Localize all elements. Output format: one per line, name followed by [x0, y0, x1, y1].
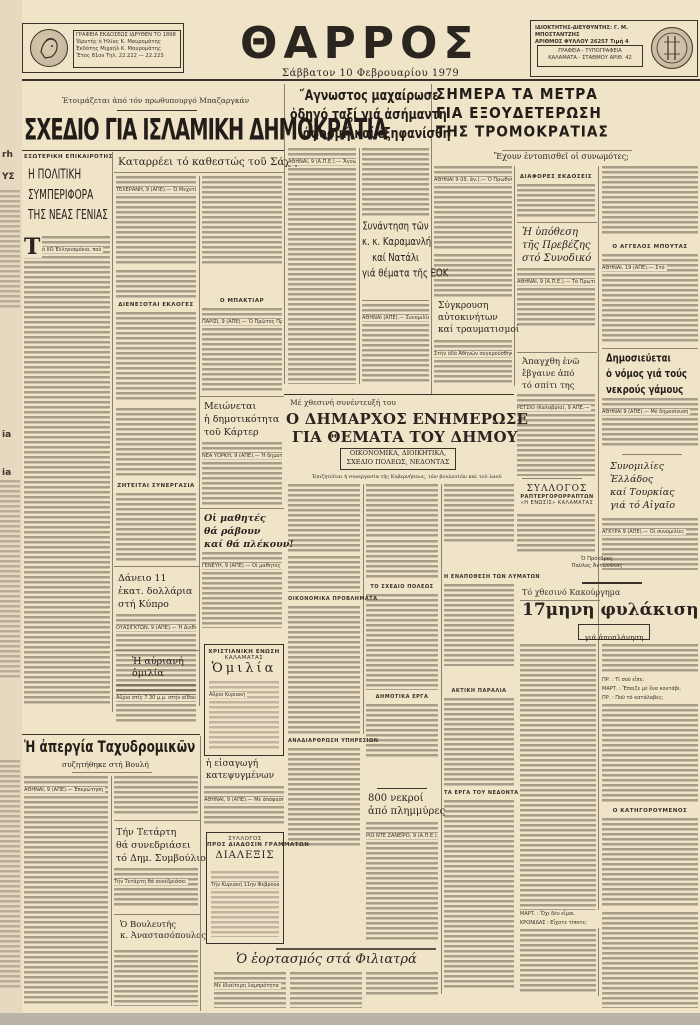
dateline: ΑΘΗΝΑΙ 9 (ΑΠΕ).— Μέ δημοσίευσή	[602, 409, 690, 415]
dateline: ΑΘΗΝΑΙ, 19 (ΑΠΕ).— Στό	[602, 265, 667, 271]
article-body: Τήν Τετάρτη θά συνεδριάσει	[114, 868, 198, 908]
ear-line: ΓΡΑΦΕΙΑ - ΤΥΠΟΓΡΑΦΕΙΑ	[538, 48, 642, 55]
dateline: ΝΕΑ ΥΟΡΚΗ, 9 (ΑΠΕ).— Ἡ δημοτικότης	[202, 453, 282, 459]
article-headline: Σύγκρουση αὐτοκινήτων καί τραυματισμοί	[438, 300, 519, 336]
article-body: ΠΑΡΙΣΙ, 9 (ΑΠΕ).— Ὁ Πρῶτος Πρωθυπουργός	[202, 308, 282, 392]
section-label: ΕΣΩΤΕΡΙΚΗ ΕΠΙΚΑΙΡΟΤΗΣ	[24, 154, 108, 160]
article-body: Τ ὸ ΙΙΟ Ἑλληνισμόνιο, ποὺ	[24, 236, 110, 706]
newspaper-page: ΓΡΑΦΕΙΑ ΕΚΔΟΣΕΩΣ ΙΔΡΥΘΕΝ ΤΟ 1898 Ἱδρυτής…	[22, 0, 700, 1013]
article-lead: ὸ ΙΙΟ Ἑλληνισμόνιο, ποὺ	[42, 247, 103, 253]
article-kicker: Μέ χθεσινή συνέντευξή του	[290, 398, 396, 407]
dateline: ΑΘΗΝΑΙ, 9 (Α.Π.Ε.).— Τό Πρωτοβάθμιο Συνο…	[517, 279, 595, 285]
article-body: ΤΕΧΕΡΑΝΗ, 9 (ΑΠΕ).— Ὁ Μεχντί Μπαζαργκάν,	[116, 176, 196, 266]
scan-bottom-edge	[0, 1013, 700, 1025]
inline-subhead: ΟΙΚΟΝΟΜΙΚΑ ΠΡΟΒΛΗΜΑΤΑ	[288, 596, 360, 602]
subtitle-box: γιά ἀποπλάνηση	[578, 624, 650, 640]
inline-subhead: ΔΗΜΟΤΙΚΑ ΕΡΓΑ	[366, 694, 438, 700]
article-lead: Στήν ὁδό Ἀθηνῶν συγκρούσθηκαν	[434, 351, 512, 357]
adjacent-fragment: YΣ	[2, 172, 15, 182]
article-headline: Δημοσιεύεται ὁ νόμος γιά τούς νεκρούς γά…	[606, 352, 687, 399]
ear-line: Ἱδρυτής ὁ Ἠλίας Κ. Μαυρομάτης	[76, 39, 178, 46]
article-lead: Μέ ἰδιαίτερη λαμπρότητα	[214, 983, 281, 989]
right-ear-box: ΙΔΙΟΚΤΗΤΗΣ-ΔΙΕΥΘΥΝΤΗΣ: Γ. Μ. ΜΠΟΣΤΑΝΤΖΗΣ…	[530, 20, 698, 77]
article-body: ΑΘΗΝΑΙ, 19 (ΑΠΕ).— Στό	[602, 254, 698, 344]
article-headline: Δάνειο 11 ἑκατ. δολλάρια στή Κύπρο	[118, 572, 192, 611]
article-subtitle: συζητήθηκε στή Βουλή	[62, 760, 149, 769]
article-headline: ἡ εἰσαγωγή κατεψυγμένων	[206, 758, 274, 782]
article-headline: Καταρρέει τό καθεστώς τοῦ Σάχη	[118, 156, 297, 168]
article-body: ΡΙΟ ΝΤΕ ΖΑΝΕΪΡΟ, 9 (Α.Π.Ε.).—	[366, 822, 438, 942]
issue-date: Σάββατον 10 Φεβρουαρίου 1979	[282, 68, 459, 79]
dateline: ΡΙΟ ΝΤΕ ΖΑΝΕΪΡΟ, 9 (Α.Π.Ε.).—	[366, 833, 438, 839]
inline-subhead: ΔΙΕΝΕΞΟΤΑΙ ΕΚΛΟΓΕΣ	[116, 302, 196, 308]
article-headline: Μειώνεται ἡ δημοτικότητα τοῦ Κάρτερ	[204, 400, 279, 439]
dateline: ΤΕΧΕΡΑΝΗ, 9 (ΑΠΕ).— Ὁ Μεχντί Μπαζαργκάν,	[116, 187, 196, 193]
dateline: ΑΘΗΝΑΙ (ΑΠΕ).— Συνομιλίες	[362, 315, 429, 321]
adjacent-fragment: rh	[2, 150, 13, 160]
tailors-union-notice: ΣΥΛΛΟΓΟΣ ΡΑΠΤΕΡΓΟΡΟΡΡΑΠΤΩΝ «Η ΕΝΩΣΙΣ» ΚΑ…	[517, 484, 597, 506]
ear-line: ΓΡΑΦΕΙΑ ΕΚΔΟΣΕΩΣ ΙΔΡΥΘΕΝ ΤΟ 1898	[76, 32, 178, 39]
inline-subhead: ΑΝΑΔΙΑΡΘΡΩΣΗ ΥΠΗΡΕΣΙΩΝ	[288, 738, 360, 744]
inline-subhead: ΤΑ ΕΡΓΑ ΤΟΥ ΝΕΔΟΝΤΑ	[444, 790, 514, 796]
drop-cap: Τ	[24, 236, 42, 258]
article-lead: Τήν Τετάρτη θά συνεδριάσει	[114, 879, 188, 885]
article-headline: Ἡ ὑπόθεση τῆς Πρεβέζης στό Συνοδικό	[522, 226, 591, 265]
article-kicker: Ἑτοιμάζεται ἀπό τόν πρωθυπουργό Μπαζαργκ…	[62, 96, 249, 105]
inline-subhead: Ο ΚΑΤΗΓΟΡΟΥΜΕΝΟΣ	[602, 808, 698, 814]
article-headline: Συνομιλίες Ἑλλάδος καί Τουρκίας γιά τό Α…	[610, 460, 675, 512]
notice-title: ΔΙΑΛΕΞΙΣ	[207, 850, 283, 861]
adjacent-fragment: ia	[2, 468, 11, 478]
article-headline: Ἡ ἀπεργία Ταχυδρομικῶν	[24, 738, 195, 757]
inline-subhead: ΑΚΤΙΚΗ ΠΑΡΑΛΙΑ	[444, 688, 514, 694]
ear-line: ΙΔΙΟΚΤΗΤΗΣ-ΔΙΕΥΘΥΝΤΗΣ: Γ. Μ. ΜΠΟΣΤΑΝΤΖΗΣ	[535, 25, 647, 39]
article-headline: Ο ΔΗΜΑΡΧΟΣ ΕΝΗΜΕΡΩΣΕ ΓΙΑ ΘΕΜΑΤΑ ΤΟΥ ΔΗΜΟ…	[286, 410, 528, 446]
dateline: ΑΘΗΝΑΙ, 9 (ΑΠΕ).— Ἐπερώτηση	[24, 787, 105, 793]
publisher-info-box: ΓΡΑΦΕΙΑ ΕΚΔΟΣΕΩΣ ΙΔΡΥΘΕΝ ΤΟ 1898 Ἱδρυτής…	[73, 30, 181, 68]
article-body: Στήν ὁδό Ἀθηνῶν συγκρούσθηκαν	[434, 340, 512, 384]
article-headline: Συνάντηση τῶν κ. κ. Καραμανλή καί Νατάλι…	[362, 220, 429, 282]
article-subtitle: γιά ἀποπλάνηση	[585, 634, 644, 642]
dateline: ΠΑΡΙΣΙ, 9 (ΑΠΕ).— Ὁ Πρῶτος Πρωθυπουργός	[202, 319, 282, 325]
dateline: ΑΘΗΝΑΙ, 9 (Α.Π.Ε.).— Ἄγνωστος	[288, 159, 356, 165]
article-headline: Ὁ ἑορτασμός στά Φιλιατρά	[236, 952, 417, 967]
inline-subhead: Η ΕΝΑΠΟΘΕΣΗ ΤΩΝ ΛΥΜΑΤΩΝ	[444, 574, 514, 580]
left-ear-box: ΓΡΑΦΕΙΑ ΕΚΔΟΣΕΩΣ ΙΔΡΥΘΕΝ ΤΟ 1898 Ἱδρυτής…	[22, 23, 184, 73]
article-headline: 800 νεκροί ἀπό πλημμύρες	[368, 792, 445, 818]
dateline: ΑΓΚΥΡΑ 9 (ΑΠΕ).— Οἱ συνομιλίες	[602, 529, 686, 535]
article-body: ΝΕΑ ΥΟΡΚΗ, 9 (ΑΠΕ).— Ἡ δημοτικότης	[202, 442, 282, 506]
notice-lead: Αὔριο Κυριακή	[209, 692, 247, 698]
dateline: ΓΕΝΕΥΗ, 9 (ΑΠΕ).— Οἱ μαθητές	[202, 563, 282, 569]
article-headline: Ἡ αὐριανή ὁμιλία	[132, 656, 184, 680]
ear-line: Ἔτος 81ον Τηλ. 22.222 — 22.223	[76, 53, 178, 60]
dateline: ΑΘΗΝΑΙ, 9 (ΑΠΕ).— Μέ ἀπόφαση	[204, 797, 284, 803]
notice-box: ΣΥΛΛΟΓΟΣ ΠΡΟΣ ΔΙΑΔΟΣΙΝ ΓΡΑΜΜΑΤΩΝ ΔΙΑΛΕΞΙ…	[206, 832, 284, 944]
article-headline: Οἱ μαθητές θά ράβουν καί θά πλέκουν!	[204, 512, 294, 551]
topics-box: ΟΙΚΟΝΟΜΙΚΑ, ΔΙΟΙΚΗΤΙΚΑ, ΣΧΕΔΙΟ ΠΟΛΕΩΣ, Ν…	[340, 448, 456, 470]
article-body: ΓΕΝΕΥΗ, 9 (ΑΠΕ).— Οἱ μαθητές	[202, 552, 282, 628]
notice-kicker: ΣΥΛΛΟΓΟΣ	[517, 484, 597, 494]
article-lead: Αὔριο στίς 7.30 μ.μ. στήν αἴθουσα	[116, 695, 196, 701]
newspaper-title: ΘΑΡΡΟΣ	[240, 18, 479, 69]
article-kicker: Τό χθεσινό Κακούργημα	[522, 588, 620, 597]
article-headline: ῎Αγνωστος μαχαίρωσε ὁδηγό ταξί γιά ἀσήμα…	[290, 86, 451, 143]
article-body: ΑΘΗΝΑΙ, 9 (ΑΠΕ).— Ἐπερώτηση	[24, 776, 108, 1006]
article-body: ΑΘΗΝΑΙ, 9 (Α.Π.Ε.).— Ἄγνωστος	[288, 148, 356, 384]
testimony-excerpt: ΜΑΡΤ. : Ὄχι δέν εἶμαι. ΚΡΟΝΙΔΑΣ : Εἶχατε…	[520, 910, 600, 928]
inline-subhead: ΖΗΤΕΙΤΑΙ ΣΥΝΕΡΓΑΣΙΑ	[116, 483, 196, 489]
eec-headline-box: Συνάντηση τῶν κ. κ. Καραμανλή καί Νατάλι…	[362, 220, 429, 300]
article-body: ΡΕΤΣΙΟ (Καλαβρία), 9 ΑΠΕ.—	[517, 394, 595, 476]
ancient-coin-icon	[651, 27, 693, 69]
article-subtitle: Ἔχουν ἐντοπισθεῖ οἱ συνωμότες;	[494, 152, 629, 161]
adjacent-fragment: ia	[2, 430, 11, 440]
article-body: ΑΘΗΝΑΙ (ΑΠΕ).— Συνομιλίες	[362, 304, 429, 384]
article-body: Αὔριο στίς 7.30 μ.μ. στήν αἴθουσα	[116, 684, 196, 724]
article-body: ΑΘΗΝΑΙ, 9 (Α.Π.Ε.).— Τό Πρωτοβάθμιο Συνο…	[517, 268, 595, 328]
article-body: ΑΘΗΝΑΙ 9 (Ιδ. ἀν.).— Ὁ Πρωθυπουργός	[434, 166, 512, 250]
notice-title: Ὁμιλία	[205, 661, 283, 676]
inline-subhead: Ο ΑΓΓΕΛΟΣ ΜΠΟΥΤΑΣ	[602, 244, 698, 250]
article-body: Μέ ἰδιαίτερη λαμπρότητα	[214, 972, 286, 1008]
article-body: ΑΘΗΝΑΙ 9 (ΑΠΕ).— Μέ δημοσίευσή	[602, 398, 698, 448]
article-headline: Ὁ Βουλευτής κ. Ἀναστασόπουλος	[120, 920, 206, 942]
notice-org: ΠΡΟΣ ΔΙΑΔΟΣΙΝ ΓΡΑΜΜΑΤΩΝ	[207, 842, 283, 848]
hermes-head-coin-icon	[30, 29, 68, 67]
lead-headline: ΣΗΜΕΡΑ ΤΑ ΜΕΤΡΑ ΓΙΑ ΕΞΟΥΔΕΤΕΡΩΣΗ ΤΗΣ ΤΡΟ…	[436, 86, 609, 142]
article-body: ΑΘΗΝΑΙ, 9 (ΑΠΕ).— Μέ ἀπόφαση	[204, 786, 284, 826]
notice-lead: Τήν Κυριακή 11ην Φεβρουαρίου 1979	[211, 882, 279, 888]
dateline: ΑΘΗΝΑΙ 9 (Ιδ. ἀν.).— Ὁ Πρωθυπουργός	[434, 177, 512, 183]
notice-box: ΧΡΙΣΤΙΑΝΙΚΗ ΕΝΩΣΗ ΚΑΛΑΜΑΤΑΣ Ὁμιλία Αὔριο…	[204, 644, 284, 756]
notice-name: «Η ΕΝΩΣΙΣ» ΚΑΛΑΜΑΤΑΣ	[517, 500, 597, 506]
article-deck: Ἐπιζητεῖται ἡ συνεργασία τῆς Κυβερνήσεως…	[312, 474, 502, 480]
dateline: ΟΥΑΣΙΓΚΤΩΝ, 9 (ΑΠΕ).— Ἡ Διεθνής Τράπεζα	[116, 625, 196, 631]
signature: Ὁ Πρόεδρος Παῦλος Ἀντωνάκος	[517, 556, 677, 570]
ear-line: Ἐκδότης Μιχαήλ Κ. Μαυρομάτης	[76, 46, 178, 53]
inline-subhead: ΔΙΑΦΟΡΕΣ ΕΚΔΟΣΕΙΣ	[518, 174, 594, 180]
article-headline: Ἀπαγχθη ἐνῶ ἔβγαινε ἀπό τό σπίτι της	[522, 356, 579, 392]
adjacent-page-edge: rh YΣ ia ia	[0, 0, 23, 1025]
article-headline: Τήν Τετάρτη θά συνεδριάσει τό Δημ. Συμβο…	[116, 826, 206, 865]
masthead-rule	[22, 79, 700, 81]
testimony-excerpt: ΠΡ. : Τί σοῦ εἶπε; ΜΑΡΤ. : Ἔπαιζε μέ ἕνα…	[602, 676, 698, 703]
ear-line: ΚΑΛΑΜΑΤΑ - ΣΤΑΘΜΟΥ ΑΡΙΘ. 42	[538, 55, 642, 62]
article-headline: 17μηνη φυλάκιση	[522, 600, 699, 620]
office-address-box: ΓΡΑΦΕΙΑ - ΤΥΠΟΓΡΑΦΕΙΑ ΚΑΛΑΜΑΤΑ - ΣΤΑΘΜΟΥ…	[537, 45, 643, 67]
inline-subhead: Ο ΜΠΑΚΤΙΑΡ	[202, 298, 282, 304]
inline-subhead: ΤΟ ΣΧΕΔΙΟ ΠΟΛΕΩΣ	[366, 584, 438, 590]
column-headline: Η ΠΟΛΙΤΙΚΗ ΣΥΜΠΕΡΙΦΟΡΑ ΤΗΣ ΝΕΑΣ ΓΕΝΙΑΣ	[28, 165, 108, 226]
